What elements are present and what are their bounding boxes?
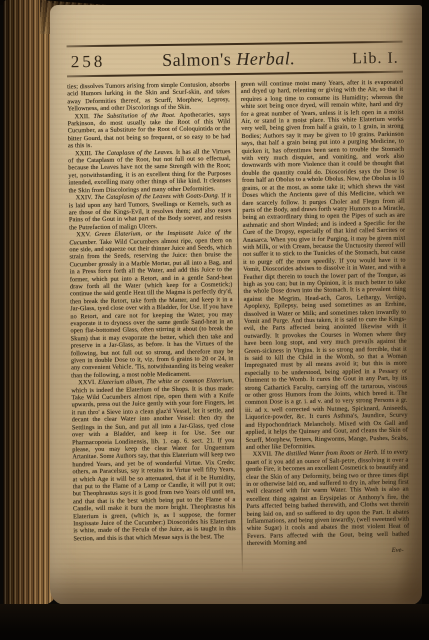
- paragraph: XXVII. The distilled Water from Roots or…: [246, 449, 410, 548]
- book-title-roman: Salmon's: [162, 49, 232, 70]
- text-columns: ties; dissolves Tumors arising from simp…: [67, 79, 410, 576]
- paragraph-text: ties; dissolves Tumors arising from simp…: [67, 81, 230, 112]
- book-title-italic: Herbal.: [236, 48, 295, 69]
- paragraph-text: Take Wild Cucumbers almost ripe, open th…: [69, 237, 233, 380]
- page-header: 258 Salmon's Herbal. Lib. I.: [67, 41, 403, 78]
- section-number: XXVII.: [253, 451, 275, 458]
- paragraph: green will continue moist many Years, af…: [241, 79, 409, 452]
- paragraph: XXVI. Elaterium album, The white or comm…: [71, 377, 236, 542]
- book-page: 258 Salmon's Herbal. Lib. I. ties; disso…: [50, 5, 422, 605]
- book-part-label: Lib. I.: [352, 50, 399, 69]
- page-number: 258: [71, 52, 106, 72]
- section-number: XXIV.: [76, 194, 95, 201]
- paragraph: XXV. Green Elaterium, or the Inspissate …: [69, 229, 234, 379]
- photo-border-bottom: [0, 604, 429, 640]
- paragraph: XXII. The Substitution of the Root. Apot…: [67, 111, 230, 150]
- paragraph-text: If to every quart of it you add an ounce…: [246, 449, 410, 547]
- paragraph-text: green will continue moist many Years, af…: [241, 79, 409, 451]
- section-number: XXII.: [74, 113, 93, 120]
- section-number: XXIII.: [75, 150, 95, 157]
- section-number: XXVI.: [78, 379, 98, 386]
- paragraph: XXIV. The Cataplasm of the Leaves with G…: [69, 192, 232, 231]
- right-column: green will continue moist many Years, af…: [236, 79, 410, 573]
- section-number: XXV.: [76, 231, 95, 238]
- left-column: ties; dissolves Tumors arising from simp…: [67, 81, 241, 575]
- book-title: Salmon's Herbal.: [162, 48, 296, 71]
- catchword: Eve-: [247, 546, 410, 556]
- page-content: 258 Salmon's Herbal. Lib. I. ties; disso…: [50, 2, 429, 607]
- paragraph: ties; dissolves Tumors arising from simp…: [67, 81, 230, 113]
- paragraph: XXIII. The Cataplasm of the Leaves. It h…: [68, 148, 231, 195]
- paragraph-text: which is indeed the Elaterium of the Sho…: [71, 385, 236, 542]
